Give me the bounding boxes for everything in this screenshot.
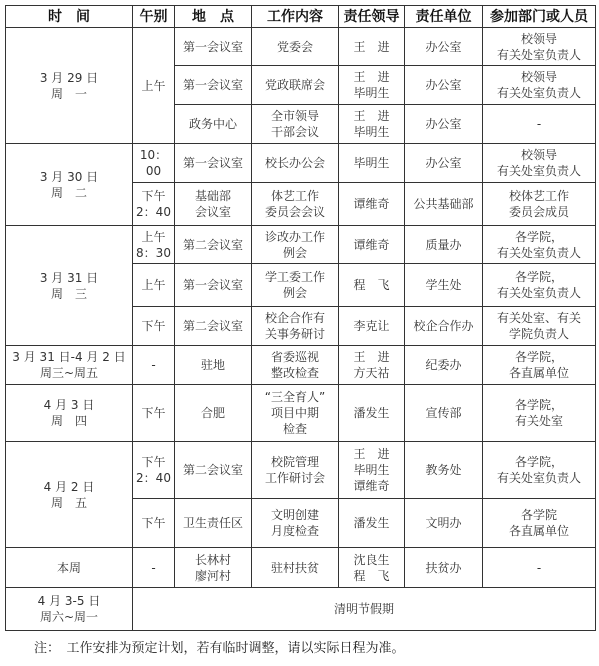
place-cell: 合肥	[175, 385, 252, 442]
period-cell: 下午	[133, 307, 175, 346]
schedule-table: 时 间 午别 地 点 工作内容 责任领导 责任单位 参加部门或人员 3 月 29…	[5, 5, 596, 631]
unit-cell: 教务处	[405, 442, 483, 499]
attendees-cell: 校领导 有关处室负责人	[483, 144, 596, 183]
table-row: 4 月 3 日 周 四 下午 合肥 “三全育人” 项目中期 检查 潘发生 宣传部…	[6, 385, 596, 442]
content-cell: 诊改办工作 例会	[252, 226, 339, 264]
leader-cell: 沈良生 程 飞	[339, 548, 405, 588]
attendees-cell: 校体艺工作 委员会成员	[483, 183, 596, 226]
attendees-cell: 各学院， 各直属单位	[483, 346, 596, 385]
place-cell: 第一会议室	[175, 66, 252, 105]
period-cell: 下午	[133, 499, 175, 548]
place-cell: 驻地	[175, 346, 252, 385]
unit-cell: 学生处	[405, 264, 483, 307]
unit-cell: 校企合作办	[405, 307, 483, 346]
attendees-cell: 各学院， 有关处室负责人	[483, 264, 596, 307]
place-cell: 第二会议室	[175, 442, 252, 499]
attendees-cell: 各学院， 有关处室负责人	[483, 442, 596, 499]
period-cell: 下午 2：40	[133, 183, 175, 226]
place-cell: 第二会议室	[175, 226, 252, 264]
date-cell: 3 月 29 日 周 一	[6, 28, 133, 144]
content-cell: 驻村扶贫	[252, 548, 339, 588]
header-content: 工作内容	[252, 6, 339, 28]
leader-cell: 程 飞	[339, 264, 405, 307]
attendees-cell: 各学院， 有关处室	[483, 385, 596, 442]
leader-cell: 毕明生	[339, 144, 405, 183]
place-cell: 第一会议室	[175, 144, 252, 183]
unit-cell: 文明办	[405, 499, 483, 548]
header-row: 时 间 午别 地 点 工作内容 责任领导 责任单位 参加部门或人员	[6, 6, 596, 28]
content-cell: 党委会	[252, 28, 339, 66]
leader-cell: 王 进 方天祜	[339, 346, 405, 385]
unit-cell: 宣传部	[405, 385, 483, 442]
content-cell: 省委巡视 整改检查	[252, 346, 339, 385]
leader-cell: 王 进 毕明生 谭维奇	[339, 442, 405, 499]
footnote: 注： 工作安排为预定计划，若有临时调整，请以实际日程为准。	[34, 637, 405, 656]
content-cell: 校长办公会	[252, 144, 339, 183]
table-row: 3 月 29 日 周 一 上午 第一会议室 党委会 王 进 办公室 校领导 有关…	[6, 28, 596, 66]
table-row: 本周 - 长林村 廖河村 驻村扶贫 沈良生 程 飞 扶贫办 -	[6, 548, 596, 588]
content-cell: 校院管理 工作研讨会	[252, 442, 339, 499]
date-cell: 4 月 3 日 周 四	[6, 385, 133, 442]
attendees-cell: 校领导 有关处室负责人	[483, 66, 596, 105]
leader-cell: 潘发生	[339, 499, 405, 548]
leader-cell: 谭维奇	[339, 183, 405, 226]
attendees-cell: 各学院 各直属单位	[483, 499, 596, 548]
table-row: 4 月 2 日 周 五 下午 2：40 第二会议室 校院管理 工作研讨会 王 进…	[6, 442, 596, 499]
attendees-cell: -	[483, 548, 596, 588]
place-cell: 第一会议室	[175, 28, 252, 66]
period-cell: -	[133, 548, 175, 588]
period-cell: 上午	[133, 264, 175, 307]
content-cell: 校企合作有 关事务研讨	[252, 307, 339, 346]
place-cell: 第二会议室	[175, 307, 252, 346]
holiday-label: 清明节假期	[133, 588, 596, 631]
attendees-cell: -	[483, 105, 596, 144]
header-leader: 责任领导	[339, 6, 405, 28]
header-time: 时 间	[6, 6, 133, 28]
leader-cell: 谭维奇	[339, 226, 405, 264]
period-cell: 下午 2：40	[133, 442, 175, 499]
date-cell: 4 月 2 日 周 五	[6, 442, 133, 548]
leader-cell: 王 进 毕明生	[339, 66, 405, 105]
content-cell: 文明创建 月度检查	[252, 499, 339, 548]
date-cell: 本周	[6, 548, 133, 588]
place-cell: 政务中心	[175, 105, 252, 144]
leader-cell: 潘发生	[339, 385, 405, 442]
header-attendees: 参加部门或人员	[483, 6, 596, 28]
place-cell: 卫生责任区	[175, 499, 252, 548]
header-period: 午别	[133, 6, 175, 28]
place-cell: 长林村 廖河村	[175, 548, 252, 588]
attendees-cell: 校领导 有关处室负责人	[483, 28, 596, 66]
unit-cell: 纪委办	[405, 346, 483, 385]
content-cell: 党政联席会	[252, 66, 339, 105]
table-row: 3 月 31 日 周 三 上午 8：30 第二会议室 诊改办工作 例会 谭维奇 …	[6, 226, 596, 264]
header-place: 地 点	[175, 6, 252, 28]
content-cell: 体艺工作 委员会会议	[252, 183, 339, 226]
unit-cell: 公共基础部	[405, 183, 483, 226]
period-cell: -	[133, 346, 175, 385]
content-cell: 学工委工作 例会	[252, 264, 339, 307]
leader-cell: 王 进	[339, 28, 405, 66]
period-cell: 上午 8：30	[133, 226, 175, 264]
attendees-cell: 各学院， 有关处室负责人	[483, 226, 596, 264]
period-cell: 上午	[133, 28, 175, 144]
leader-cell: 王 进 毕明生	[339, 105, 405, 144]
period-cell: 下午	[133, 385, 175, 442]
unit-cell: 办公室	[405, 144, 483, 183]
place-cell: 基础部 会议室	[175, 183, 252, 226]
table-row: 3 月 30 日 周 二 10：00 第一会议室 校长办公会 毕明生 办公室 校…	[6, 144, 596, 183]
unit-cell: 办公室	[405, 66, 483, 105]
place-cell: 第一会议室	[175, 264, 252, 307]
unit-cell: 质量办	[405, 226, 483, 264]
leader-cell: 李克让	[339, 307, 405, 346]
holiday-row: 4 月 3-5 日 周六~周一 清明节假期	[6, 588, 596, 631]
date-cell: 3 月 31 日-4 月 2 日 周三~周五	[6, 346, 133, 385]
table-row: 3 月 31 日-4 月 2 日 周三~周五 - 驻地 省委巡视 整改检查 王 …	[6, 346, 596, 385]
content-cell: “三全育人” 项目中期 检查	[252, 385, 339, 442]
unit-cell: 扶贫办	[405, 548, 483, 588]
date-cell: 3 月 31 日 周 三	[6, 226, 133, 346]
attendees-cell: 有关处室、有关 学院负责人	[483, 307, 596, 346]
header-unit: 责任单位	[405, 6, 483, 28]
date-cell: 4 月 3-5 日 周六~周一	[6, 588, 133, 631]
unit-cell: 办公室	[405, 105, 483, 144]
date-cell: 3 月 30 日 周 二	[6, 144, 133, 226]
period-cell: 10：00	[133, 144, 175, 183]
unit-cell: 办公室	[405, 28, 483, 66]
content-cell: 全市领导 干部会议	[252, 105, 339, 144]
